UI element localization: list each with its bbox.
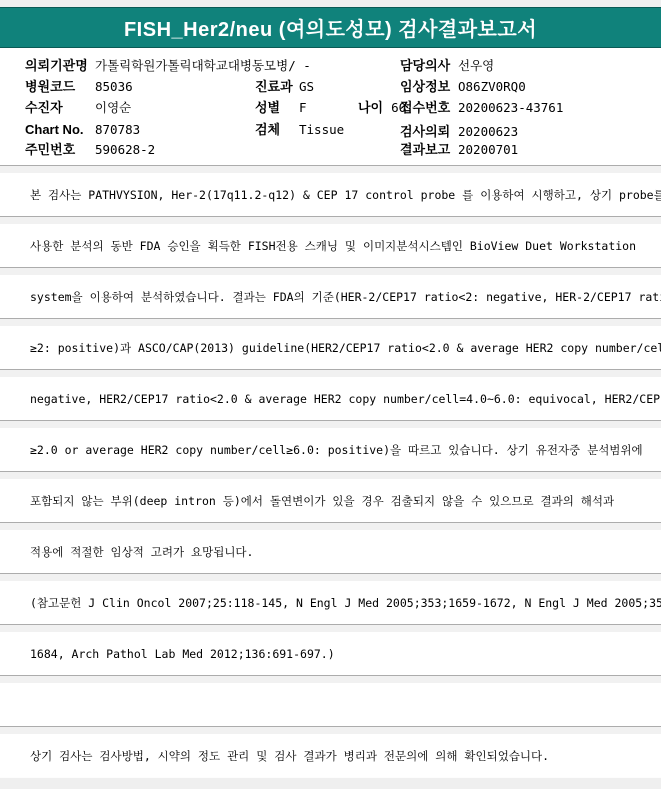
field-label: 담당의사 bbox=[400, 58, 458, 73]
field-label: Chart No. bbox=[25, 122, 95, 137]
patient-info-section: 의뢰기관명가톨릭학원가톨릭대학교대병동모병/ - 병원코드85036 수진자이영… bbox=[0, 0, 661, 165]
field-value: F bbox=[299, 100, 307, 115]
bottom-edge-strip bbox=[0, 777, 661, 789]
report-footer-text: 상기 검사는 검사방법, 시약의 정도 관리 및 검사 결과가 병리과 전문의에… bbox=[30, 749, 549, 763]
report-line-text: 1684, Arch Pathol Lab Med 2012;136:691-6… bbox=[30, 647, 335, 661]
field-doctor: 담당의사선우영 bbox=[400, 58, 494, 73]
field-value: 20200623 bbox=[458, 124, 518, 139]
field-value: 20200701 bbox=[458, 142, 518, 157]
field-patient-name: 수진자이영순 bbox=[25, 100, 131, 115]
report-line-text: 사용한 분석의 동반 FDA 승인을 획득한 FISH전용 스캐닝 및 이미지분… bbox=[30, 239, 636, 253]
report-line-text: negative, HER2/CEP17 ratio<2.0 & average… bbox=[30, 392, 661, 406]
report-line-text: system을 이용하여 분석하였습니다. 결과는 FDA의 기준(HER-2/… bbox=[30, 290, 661, 304]
field-specimen: 검체Tissue bbox=[255, 122, 344, 137]
field-resident-number: 주민번호590628-2 bbox=[25, 142, 155, 157]
field-value: 이영순 bbox=[95, 100, 131, 115]
field-label: 성별 bbox=[255, 100, 289, 115]
field-accession-number: 접수번호20200623-43761 bbox=[400, 100, 563, 115]
report-line-text: (참고문헌 J Clin Oncol 2007;25:118-145, N En… bbox=[30, 596, 661, 610]
report-page: FISH_Her2/neu (여의도성모) 검사결과보고서 의뢰기관명가톨릭학원… bbox=[0, 0, 661, 789]
field-label: 진료과 bbox=[255, 79, 289, 94]
report-footer-line: 상기 검사는 검사방법, 시약의 정도 관리 및 검사 결과가 병리과 전문의에… bbox=[0, 726, 661, 777]
report-body: 본 검사는 PATHVYSION, Her-2(17q11.2-q12) & C… bbox=[0, 165, 661, 777]
report-line-text: ≥2.0 or average HER2 copy number/cell≥6.… bbox=[30, 443, 643, 457]
field-label: 병원코드 bbox=[25, 79, 95, 94]
field-value: O86ZV0RQ0 bbox=[458, 79, 526, 94]
report-line-6: ≥2.0 or average HER2 copy number/cell≥6.… bbox=[0, 420, 661, 471]
report-line-5: negative, HER2/CEP17 ratio<2.0 & average… bbox=[0, 369, 661, 420]
field-value: 20200623-43761 bbox=[458, 100, 563, 115]
report-line-empty bbox=[0, 675, 661, 726]
report-line-text: 적용에 적절한 임상적 고려가 요망됩니다. bbox=[30, 545, 253, 559]
field-sex: 성별F bbox=[255, 100, 307, 115]
report-line-8: 적용에 적절한 임상적 고려가 요망됩니다. bbox=[0, 522, 661, 573]
field-department: 진료과GS bbox=[255, 79, 314, 94]
field-value: 870783 bbox=[95, 122, 140, 137]
report-line-text: ≥2: positive)과 ASCO/CAP(2013) guideline(… bbox=[30, 341, 661, 355]
report-line-2: 사용한 분석의 동반 FDA 승인을 획득한 FISH전용 스캐닝 및 이미지분… bbox=[0, 216, 661, 267]
report-line-9: (참고문헌 J Clin Oncol 2007;25:118-145, N En… bbox=[0, 573, 661, 624]
report-line-10: 1684, Arch Pathol Lab Med 2012;136:691-6… bbox=[0, 624, 661, 675]
field-label: 의뢰기관명 bbox=[25, 58, 95, 73]
field-clinical-info: 임상정보O86ZV0RQ0 bbox=[400, 79, 526, 94]
field-value: 선우영 bbox=[458, 58, 494, 73]
report-line-7: 포함되지 않는 부위(deep intron 등)에서 돌연변이가 있을 경우 … bbox=[0, 471, 661, 522]
report-line-text: 본 검사는 PATHVYSION, Her-2(17q11.2-q12) & C… bbox=[30, 188, 661, 202]
field-report-date: 결과보고20200701 bbox=[400, 142, 518, 157]
field-value: 가톨릭학원가톨릭대학교대병동모병/ - bbox=[95, 58, 311, 73]
field-chart-no: Chart No.870783 bbox=[25, 122, 140, 137]
field-request-date: 검사의뢰20200623 bbox=[400, 124, 518, 139]
field-value: GS bbox=[299, 79, 314, 94]
field-label: 검체 bbox=[255, 122, 289, 137]
field-value: 590628-2 bbox=[95, 142, 155, 157]
report-line-4: ≥2: positive)과 ASCO/CAP(2013) guideline(… bbox=[0, 318, 661, 369]
field-requesting-institution: 의뢰기관명가톨릭학원가톨릭대학교대병동모병/ - bbox=[25, 58, 311, 73]
field-age: 나이60 bbox=[358, 100, 406, 115]
field-value: 85036 bbox=[95, 79, 133, 94]
field-label: 주민번호 bbox=[25, 142, 95, 157]
field-label: 검사의뢰 bbox=[400, 124, 458, 139]
field-value: Tissue bbox=[299, 122, 344, 137]
report-line-3: system을 이용하여 분석하였습니다. 결과는 FDA의 기준(HER-2/… bbox=[0, 267, 661, 318]
field-hospital-code: 병원코드85036 bbox=[25, 79, 133, 94]
report-line-text: 포함되지 않는 부위(deep intron 등)에서 돌연변이가 있을 경우 … bbox=[30, 494, 614, 508]
report-line-1: 본 검사는 PATHVYSION, Her-2(17q11.2-q12) & C… bbox=[0, 165, 661, 216]
field-label: 나이 bbox=[358, 100, 383, 115]
field-label: 접수번호 bbox=[400, 100, 458, 115]
field-label: 임상정보 bbox=[400, 79, 458, 94]
field-label: 결과보고 bbox=[400, 142, 458, 157]
field-label: 수진자 bbox=[25, 100, 95, 115]
